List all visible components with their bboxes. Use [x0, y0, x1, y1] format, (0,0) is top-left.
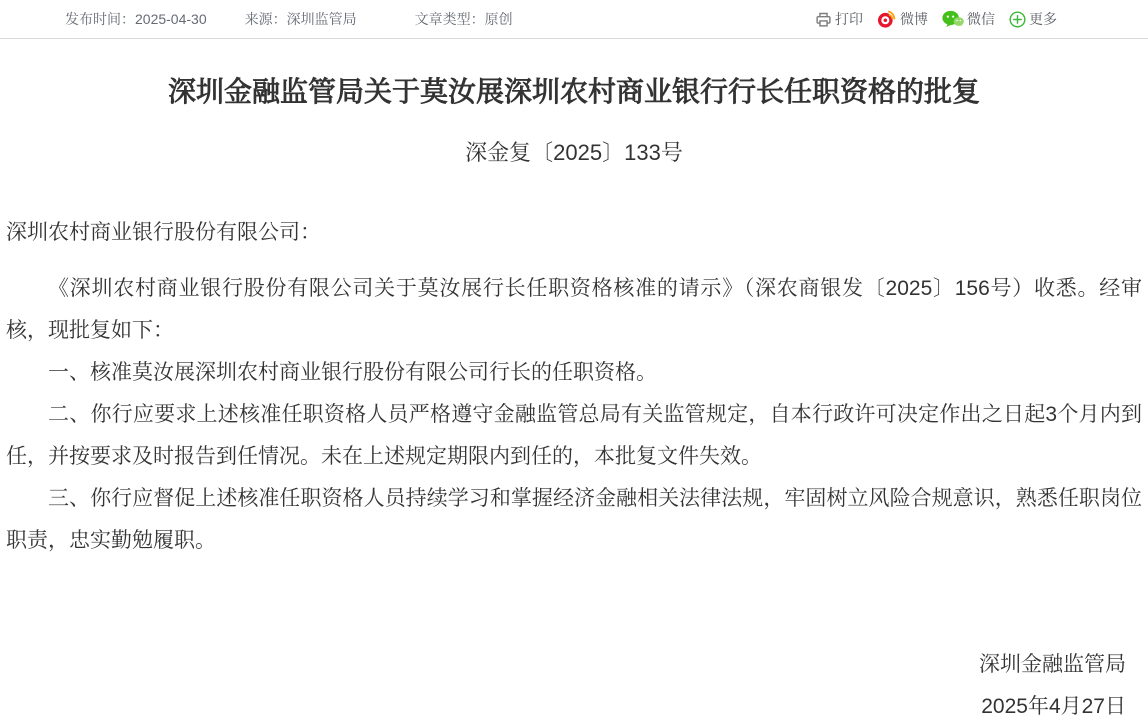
signature-signer: 深圳金融监管局	[6, 644, 1126, 686]
paragraph-intro: 《深圳农村商业银行股份有限公司关于莫汝展行长任职资格核准的请示》（深农商银发〔2…	[6, 268, 1142, 352]
article-type-label: 文章类型：	[415, 11, 485, 27]
article-source: 来源：深圳监管局	[245, 9, 357, 29]
wechat-icon	[942, 10, 964, 29]
wechat-share-button[interactable]: 微信	[942, 9, 995, 29]
publish-time: 发布时间：2025-04-30	[65, 9, 207, 29]
paragraph-item-2: 二、你行应要求上述核准任职资格人员严格遵守金融监管总局有关监管规定，自本行政许可…	[6, 394, 1142, 478]
document-content: 深圳金融监管局关于莫汝展深圳农村商业银行行长任职资格的批复 深金复〔2025〕1…	[0, 72, 1148, 722]
share-toolbar: 打印 微博 微信 更多	[815, 9, 1057, 29]
printer-icon	[815, 11, 832, 28]
signature-block: 深圳金融监管局 2025年4月27日	[6, 644, 1142, 722]
paragraph-item-3: 三、你行应督促上述核准任职资格人员持续学习和掌握经济金融相关法律法规，牢固树立风…	[6, 478, 1142, 562]
print-button[interactable]: 打印	[815, 9, 863, 29]
wechat-label: 微信	[967, 9, 995, 29]
print-label: 打印	[835, 9, 863, 29]
document-body: 深圳农村商业银行股份有限公司： 《深圳农村商业银行股份有限公司关于莫汝展行长任职…	[6, 212, 1142, 562]
weibo-label: 微博	[900, 9, 928, 29]
article-meta-bar: 发布时间：2025-04-30 来源：深圳监管局 文章类型：原创 打印 微博 微…	[0, 0, 1148, 39]
publish-time-label: 发布时间：	[65, 11, 135, 27]
signature-date: 2025年4月27日	[6, 686, 1126, 722]
salutation: 深圳农村商业银行股份有限公司：	[6, 212, 1142, 254]
article-type-value: 原创	[485, 11, 513, 27]
weibo-share-button[interactable]: 微博	[877, 9, 928, 29]
article-source-label: 来源：	[245, 11, 287, 27]
document-number: 深金复〔2025〕133号	[6, 138, 1142, 168]
paragraph-item-1: 一、核准莫汝展深圳农村商业银行股份有限公司行长的任职资格。	[6, 352, 1142, 394]
weibo-icon	[877, 9, 897, 29]
more-label: 更多	[1029, 9, 1057, 29]
plus-circle-icon	[1009, 11, 1026, 28]
article-type: 文章类型：原创	[415, 9, 513, 29]
document-title: 深圳金融监管局关于莫汝展深圳农村商业银行行长任职资格的批复	[6, 72, 1142, 112]
article-meta-info: 发布时间：2025-04-30 来源：深圳监管局 文章类型：原创	[65, 9, 815, 29]
more-share-button[interactable]: 更多	[1009, 9, 1057, 29]
article-source-value: 深圳监管局	[287, 11, 357, 27]
publish-time-value: 2025-04-30	[135, 11, 207, 27]
